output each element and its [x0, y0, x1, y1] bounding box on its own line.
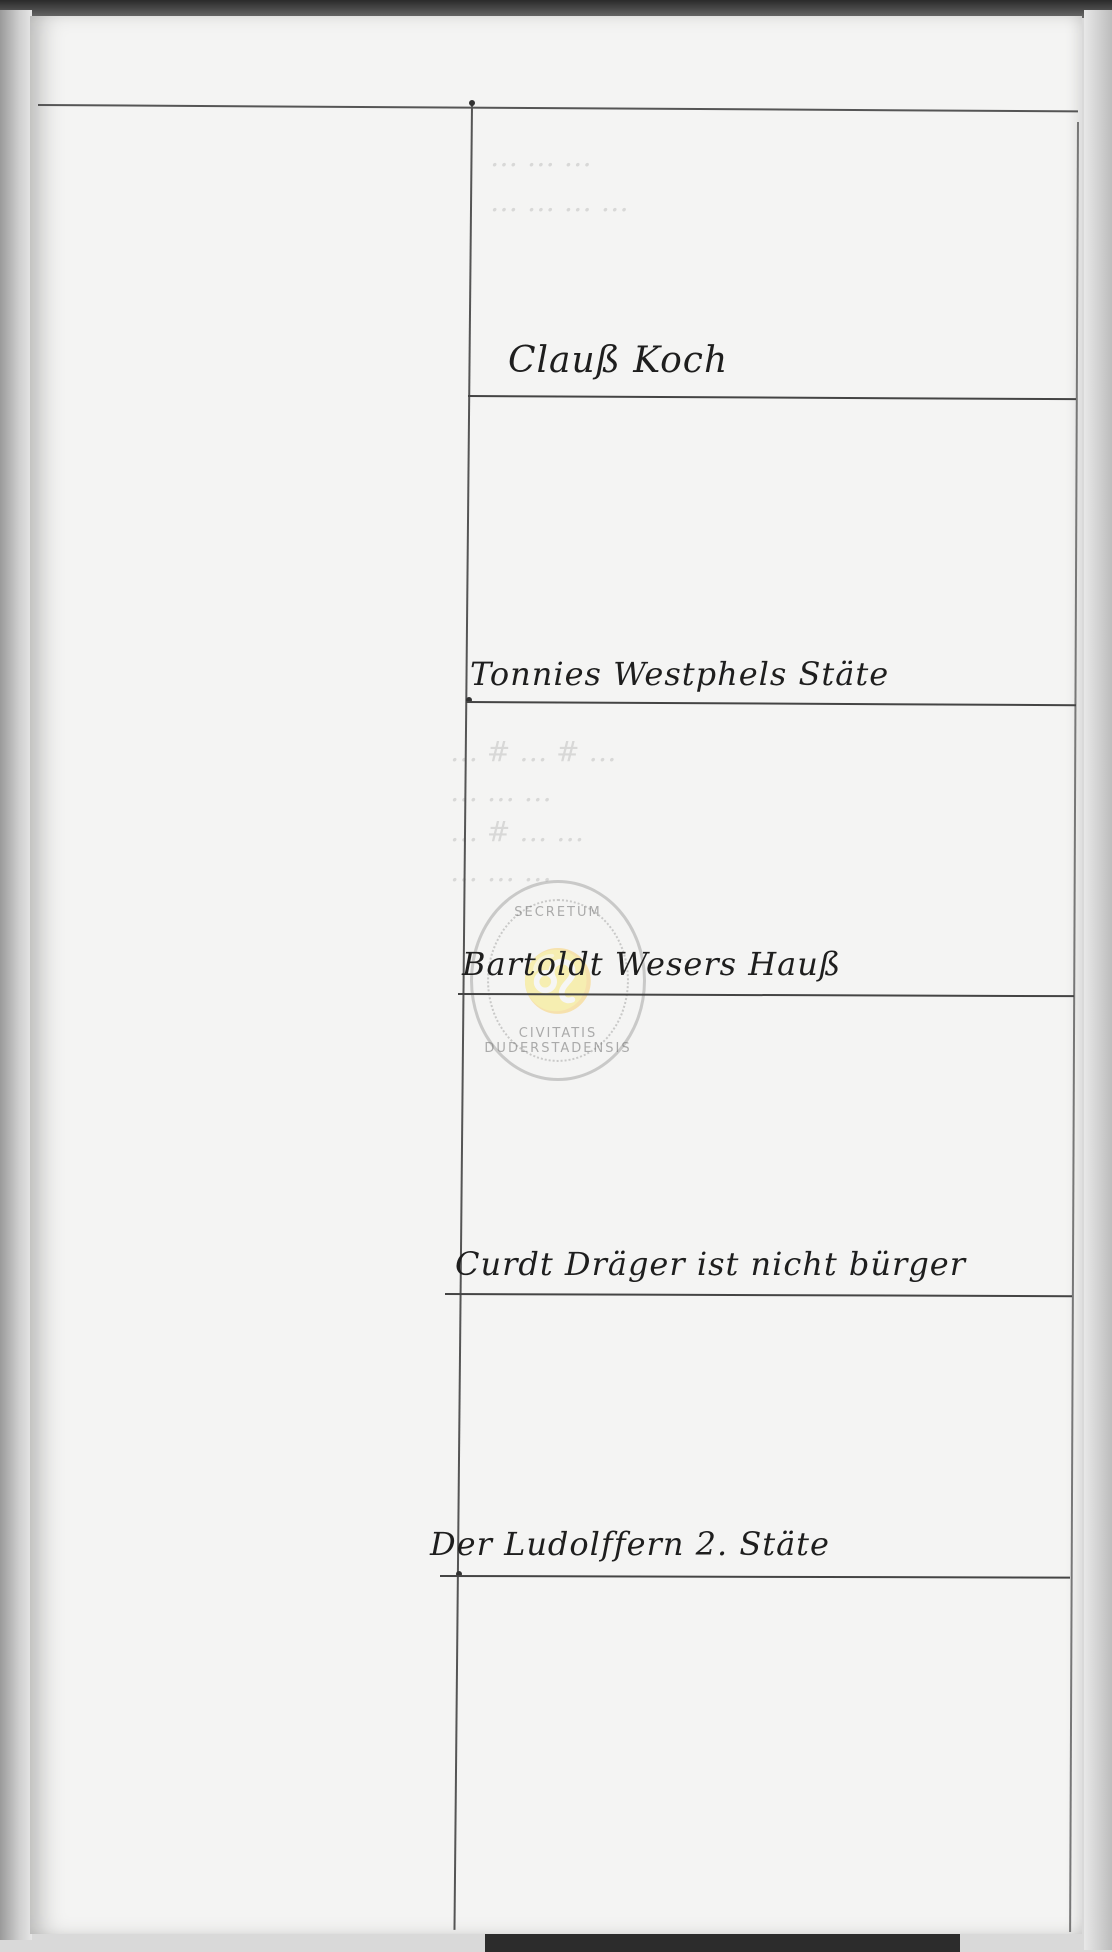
rule-dot — [469, 100, 475, 106]
page-right-edge — [1084, 10, 1112, 1950]
register-entry: Bartoldt Wesers Hauß — [462, 945, 841, 983]
bleed-through-text: … # … # … — [450, 735, 617, 768]
bleed-through-text: … … … … — [490, 185, 629, 218]
register-entry: Tonnies Westphels Stäte — [470, 655, 889, 693]
register-entry: Clauß Koch — [508, 340, 728, 381]
bleed-through-text: … … … — [490, 140, 592, 173]
scanner-bottom-edge — [485, 1934, 960, 1952]
bleed-through-text: … … … — [450, 775, 552, 808]
seal-bottom-text: CIVITATIS DUDERSTADENSIS — [473, 1026, 643, 1056]
register-entry: Der Ludolffern 2. Stäte — [430, 1525, 830, 1563]
book-binding-edge — [0, 10, 32, 1940]
register-entry: Curdt Dräger ist nicht bürger — [455, 1245, 966, 1283]
seal-top-text: SECRETUM — [473, 905, 643, 920]
bleed-through-text: … # … … — [450, 815, 584, 848]
